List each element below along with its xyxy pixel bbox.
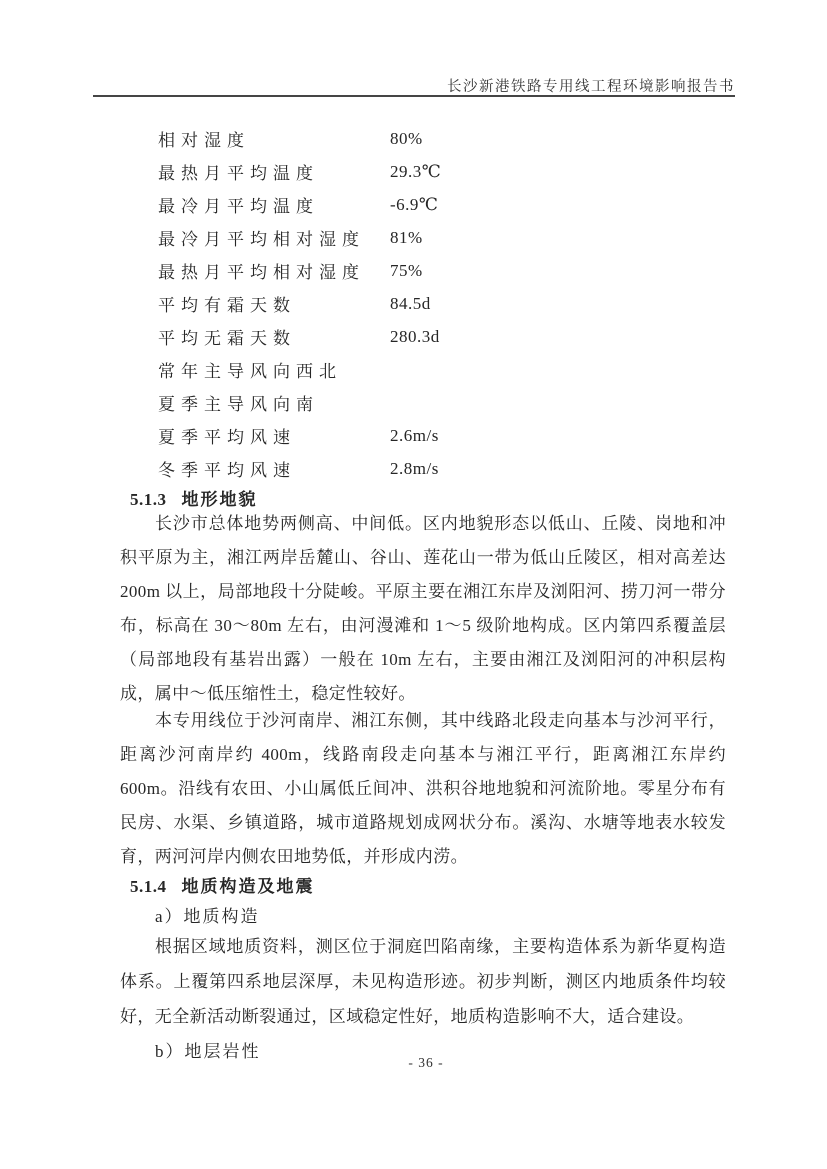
page-header-title: 长沙新港铁路专用线工程环境影响报告书 <box>447 75 735 96</box>
list-item: 相对湿度 80% <box>120 122 732 155</box>
climate-label: 夏季主导风向南 <box>158 390 390 415</box>
section-heading-514: 5.1.4地质构造及地震 <box>130 872 315 897</box>
list-item: 冬季平均风速 2.8m/s <box>120 452 732 485</box>
climate-value: 280.3d <box>390 327 440 347</box>
document-page: 长沙新港铁路专用线工程环境影响报告书 相对湿度 80% 最热月平均温度 29.3… <box>0 0 827 1169</box>
climate-label: 平均无霜天数 <box>158 324 390 349</box>
climate-value: 29.3℃ <box>390 162 441 182</box>
list-item: 夏季平均风速 2.6m/s <box>120 419 732 452</box>
climate-value: 80% <box>390 129 423 149</box>
sub-item-a-geology: a）地质构造 <box>155 902 260 927</box>
climate-label: 最冷月平均温度 <box>158 192 390 217</box>
list-item: 常年主导风向西北 <box>120 353 732 386</box>
paragraph-terrain-2: 本专用线位于沙河南岸、湘江东侧，其中线路北段走向基本与沙河平行，距离沙河南岸约 … <box>120 704 726 874</box>
climate-label: 最热月平均相对湿度 <box>158 258 390 283</box>
page-number: - 36 - <box>120 1055 732 1071</box>
climate-value: 84.5d <box>390 294 431 314</box>
header-rule <box>93 95 735 97</box>
climate-value: 2.8m/s <box>390 459 439 479</box>
climate-label: 平均有霜天数 <box>158 291 390 316</box>
climate-label: 冬季平均风速 <box>158 456 390 481</box>
section-number: 5.1.4 <box>130 877 167 896</box>
climate-value: 81% <box>390 228 423 248</box>
list-item: 最冷月平均相对湿度 81% <box>120 221 732 254</box>
climate-data-list: 相对湿度 80% 最热月平均温度 29.3℃ 最冷月平均温度 -6.9℃ 最冷月… <box>120 122 732 485</box>
climate-label: 夏季平均风速 <box>158 423 390 448</box>
paragraph-terrain-1: 长沙市总体地势两侧高、中间低。区内地貌形态以低山、丘陵、岗地和冲积平原为主，湘江… <box>120 507 726 711</box>
section-title: 地质构造及地震 <box>182 877 315 896</box>
climate-label: 最热月平均温度 <box>158 159 390 184</box>
climate-label: 常年主导风向西北 <box>158 357 390 382</box>
list-item: 夏季主导风向南 <box>120 386 732 419</box>
list-item: 最冷月平均温度 -6.9℃ <box>120 188 732 221</box>
climate-value: -6.9℃ <box>390 195 438 215</box>
list-item: 最热月平均温度 29.3℃ <box>120 155 732 188</box>
climate-value: 2.6m/s <box>390 426 439 446</box>
list-item: 平均有霜天数 84.5d <box>120 287 732 320</box>
list-item: 平均无霜天数 280.3d <box>120 320 732 353</box>
list-item: 最热月平均相对湿度 75% <box>120 254 732 287</box>
climate-label: 最冷月平均相对湿度 <box>158 225 390 250</box>
paragraph-geology: 根据区域地质资料，测区位于洞庭凹陷南缘，主要构造体系为新华夏构造体系。上覆第四系… <box>120 929 726 1034</box>
climate-value: 75% <box>390 261 423 281</box>
climate-label: 相对湿度 <box>158 126 390 151</box>
